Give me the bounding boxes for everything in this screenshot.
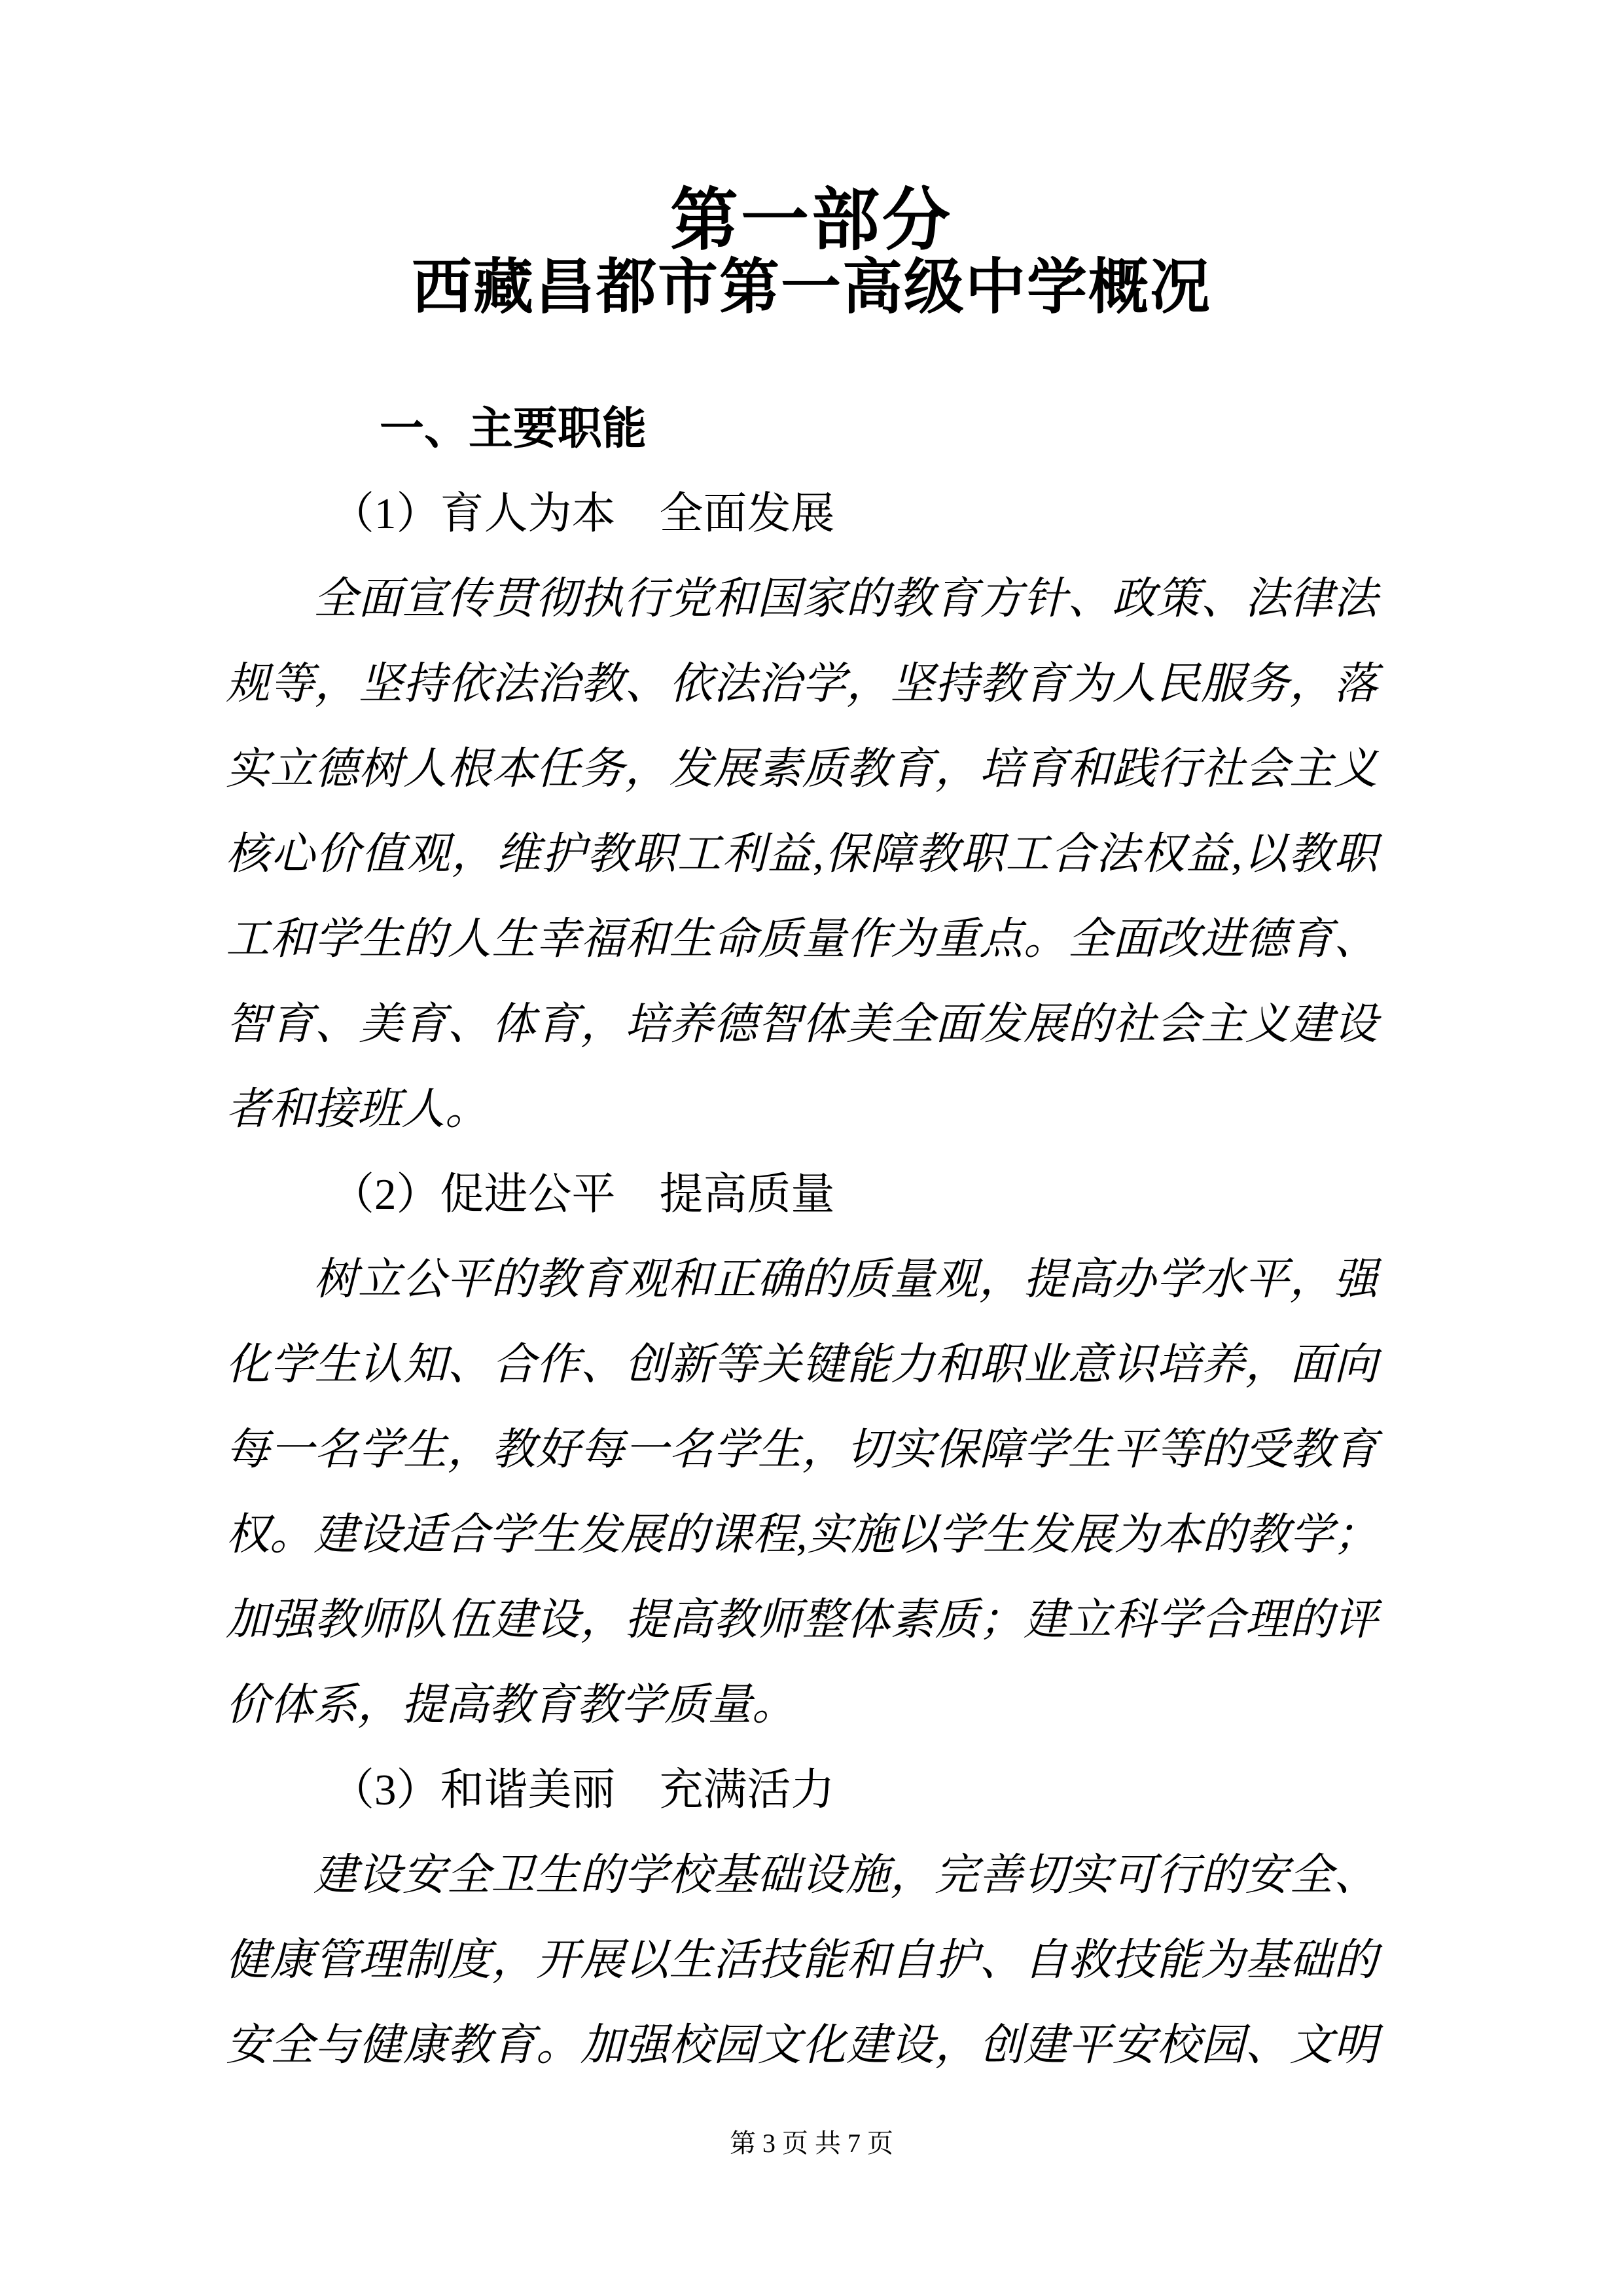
section-heading: 一、主要职能 <box>226 386 1378 471</box>
sections-container: （1）育人为本 全面发展全面宣传贯彻执行党和国家的教育方针、政策、法律法规等，坚… <box>226 471 1378 2088</box>
title-line-1: 第一部分 <box>0 187 1623 255</box>
paragraph-line: 者和接班人。 <box>226 1067 1378 1152</box>
paragraph-line: 核心价值观，维护教职工利益,保障教职工合法权益,以教职 <box>226 812 1378 897</box>
paragraph-line: 价体系，提高教育教学质量。 <box>226 1662 1378 1748</box>
paragraph-line: 建设安全卫生的学校基础设施，完善切实可行的安全、 <box>226 1833 1378 1918</box>
paragraph-line: 智育、美育、体育，培养德智体美全面发展的社会主义建设 <box>226 982 1378 1067</box>
paragraph-line: 加强教师队伍建设，提高教师整体素质；建立科学合理的评 <box>226 1577 1378 1662</box>
paragraph-line: 全面宣传贯彻执行党和国家的教育方针、政策、法律法 <box>226 556 1378 641</box>
subsection-heading: （3）和谐美丽 充满活力 <box>226 1748 1378 1833</box>
page-footer: 第 3 页 共 7 页 <box>0 2127 1623 2160</box>
document-page: 第一部分 西藏昌都市第一高级中学概况 一、主要职能 （1）育人为本 全面发展全面… <box>0 0 1623 2296</box>
paragraph-line: 化学生认知、合作、创新等关键能力和职业意识培养，面向 <box>226 1322 1378 1407</box>
paragraph-line: 树立公平的教育观和正确的质量观，提高办学水平，强 <box>226 1237 1378 1322</box>
paragraph-line: 每一名学生，教好每一名学生，切实保障学生平等的受教育 <box>226 1407 1378 1492</box>
paragraph-line: 规等，坚持依法治教、依法治学，坚持教育为人民服务，落 <box>226 641 1378 726</box>
paragraph-line: 安全与健康教育。加强校园文化建设，创建平安校园、文明 <box>226 2003 1378 2088</box>
document-body: 一、主要职能 （1）育人为本 全面发展全面宣传贯彻执行党和国家的教育方针、政策、… <box>226 386 1378 2088</box>
paragraph-line: 健康管理制度，开展以生活技能和自护、自救技能为基础的 <box>226 1918 1378 2003</box>
subsection-heading: （1）育人为本 全面发展 <box>226 471 1378 556</box>
title-line-2: 西藏昌都市第一高级中学概况 <box>0 255 1623 320</box>
paragraph-line: 工和学生的人生幸福和生命质量作为重点。全面改进德育、 <box>226 897 1378 982</box>
paragraph-line: 实立德树人根本任务，发展素质教育，培育和践行社会主义 <box>226 726 1378 812</box>
subsection-heading: （2）促进公平 提高质量 <box>226 1152 1378 1237</box>
paragraph-line: 权。建设适合学生发展的课程,实施以学生发展为本的教学； <box>226 1492 1378 1577</box>
title-block: 第一部分 西藏昌都市第一高级中学概况 <box>0 187 1623 320</box>
